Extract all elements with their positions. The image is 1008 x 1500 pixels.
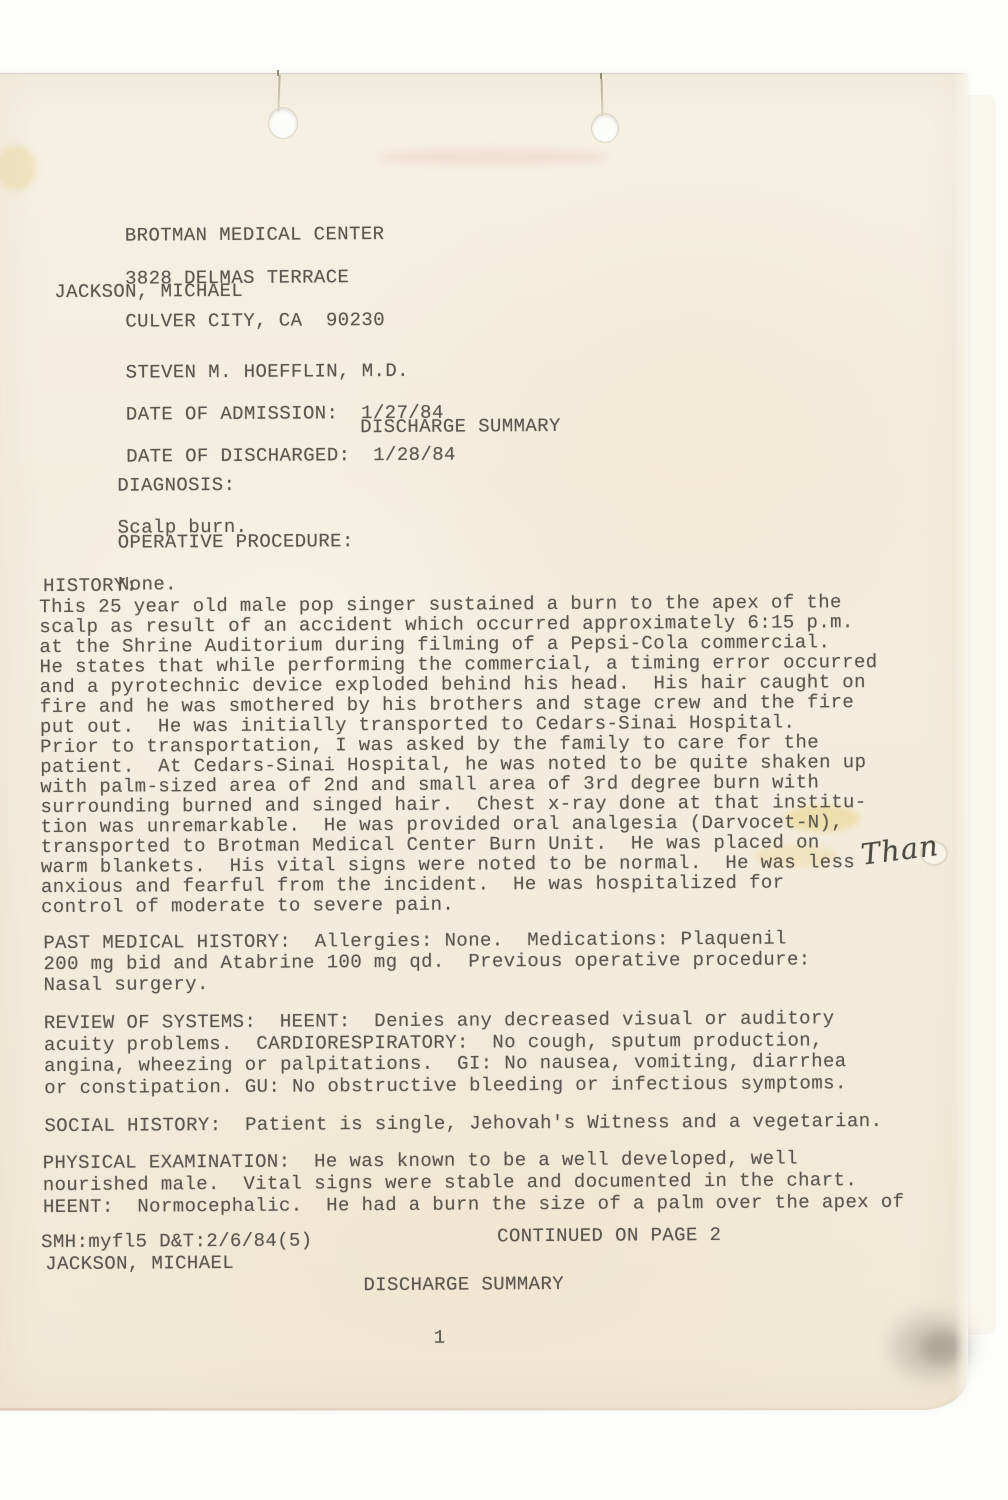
section-review-of-systems: REVIEW OF SYSTEMS: HEENT: Denies any dec… xyxy=(44,1008,847,1099)
section-past-medical-history: PAST MEDICAL HISTORY: Allergies: None. M… xyxy=(43,928,810,996)
discharge-date: 1/28/84 xyxy=(373,444,456,467)
document-title: DISCHARGE SUMMARY xyxy=(360,416,561,438)
admission-label: DATE OF ADMISSION: xyxy=(126,402,339,425)
footer-document-title: DISCHARGE SUMMARY xyxy=(363,1274,564,1296)
footer-reference-code: SMH:myfl5 D&T:2/6/84(5) xyxy=(41,1230,313,1253)
hospital-address-block: BROTMAN MEDICAL CENTER 3828 DELMAS TERRA… xyxy=(54,202,385,355)
section-physical-examination: PHYSICAL EXAMINATION: He was known to be… xyxy=(43,1147,905,1218)
section-history-body: This 25 year old male pop singer sustain… xyxy=(39,592,879,917)
hospital-name: BROTMAN MEDICAL CENTER xyxy=(125,223,385,247)
typewritten-content: BROTMAN MEDICAL CENTER 3828 DELMAS TERRA… xyxy=(0,0,1008,1500)
operative-heading: OPERATIVE PROCEDURE: xyxy=(118,530,354,553)
scanned-document-background: BROTMAN MEDICAL CENTER 3828 DELMAS TERRA… xyxy=(0,0,1008,1500)
attending-physician: STEVEN M. HOEFFLIN, M.D. xyxy=(126,360,409,384)
page-number: 1 xyxy=(434,1328,446,1349)
diagnosis-heading: DIAGNOSIS: xyxy=(117,474,235,497)
section-social-history: SOCIAL HISTORY: Patient is single, Jehov… xyxy=(44,1111,882,1137)
footer-patient-name: JACKSON, MICHAEL xyxy=(45,1253,234,1275)
hospital-city: CULVER CITY, CA 90230 xyxy=(125,309,385,333)
footer-continued-notice: CONTINUED ON PAGE 2 xyxy=(497,1225,721,1247)
history-heading: HISTORY: xyxy=(43,576,138,598)
patient-name-line: JACKSON, MICHAEL xyxy=(54,281,243,303)
